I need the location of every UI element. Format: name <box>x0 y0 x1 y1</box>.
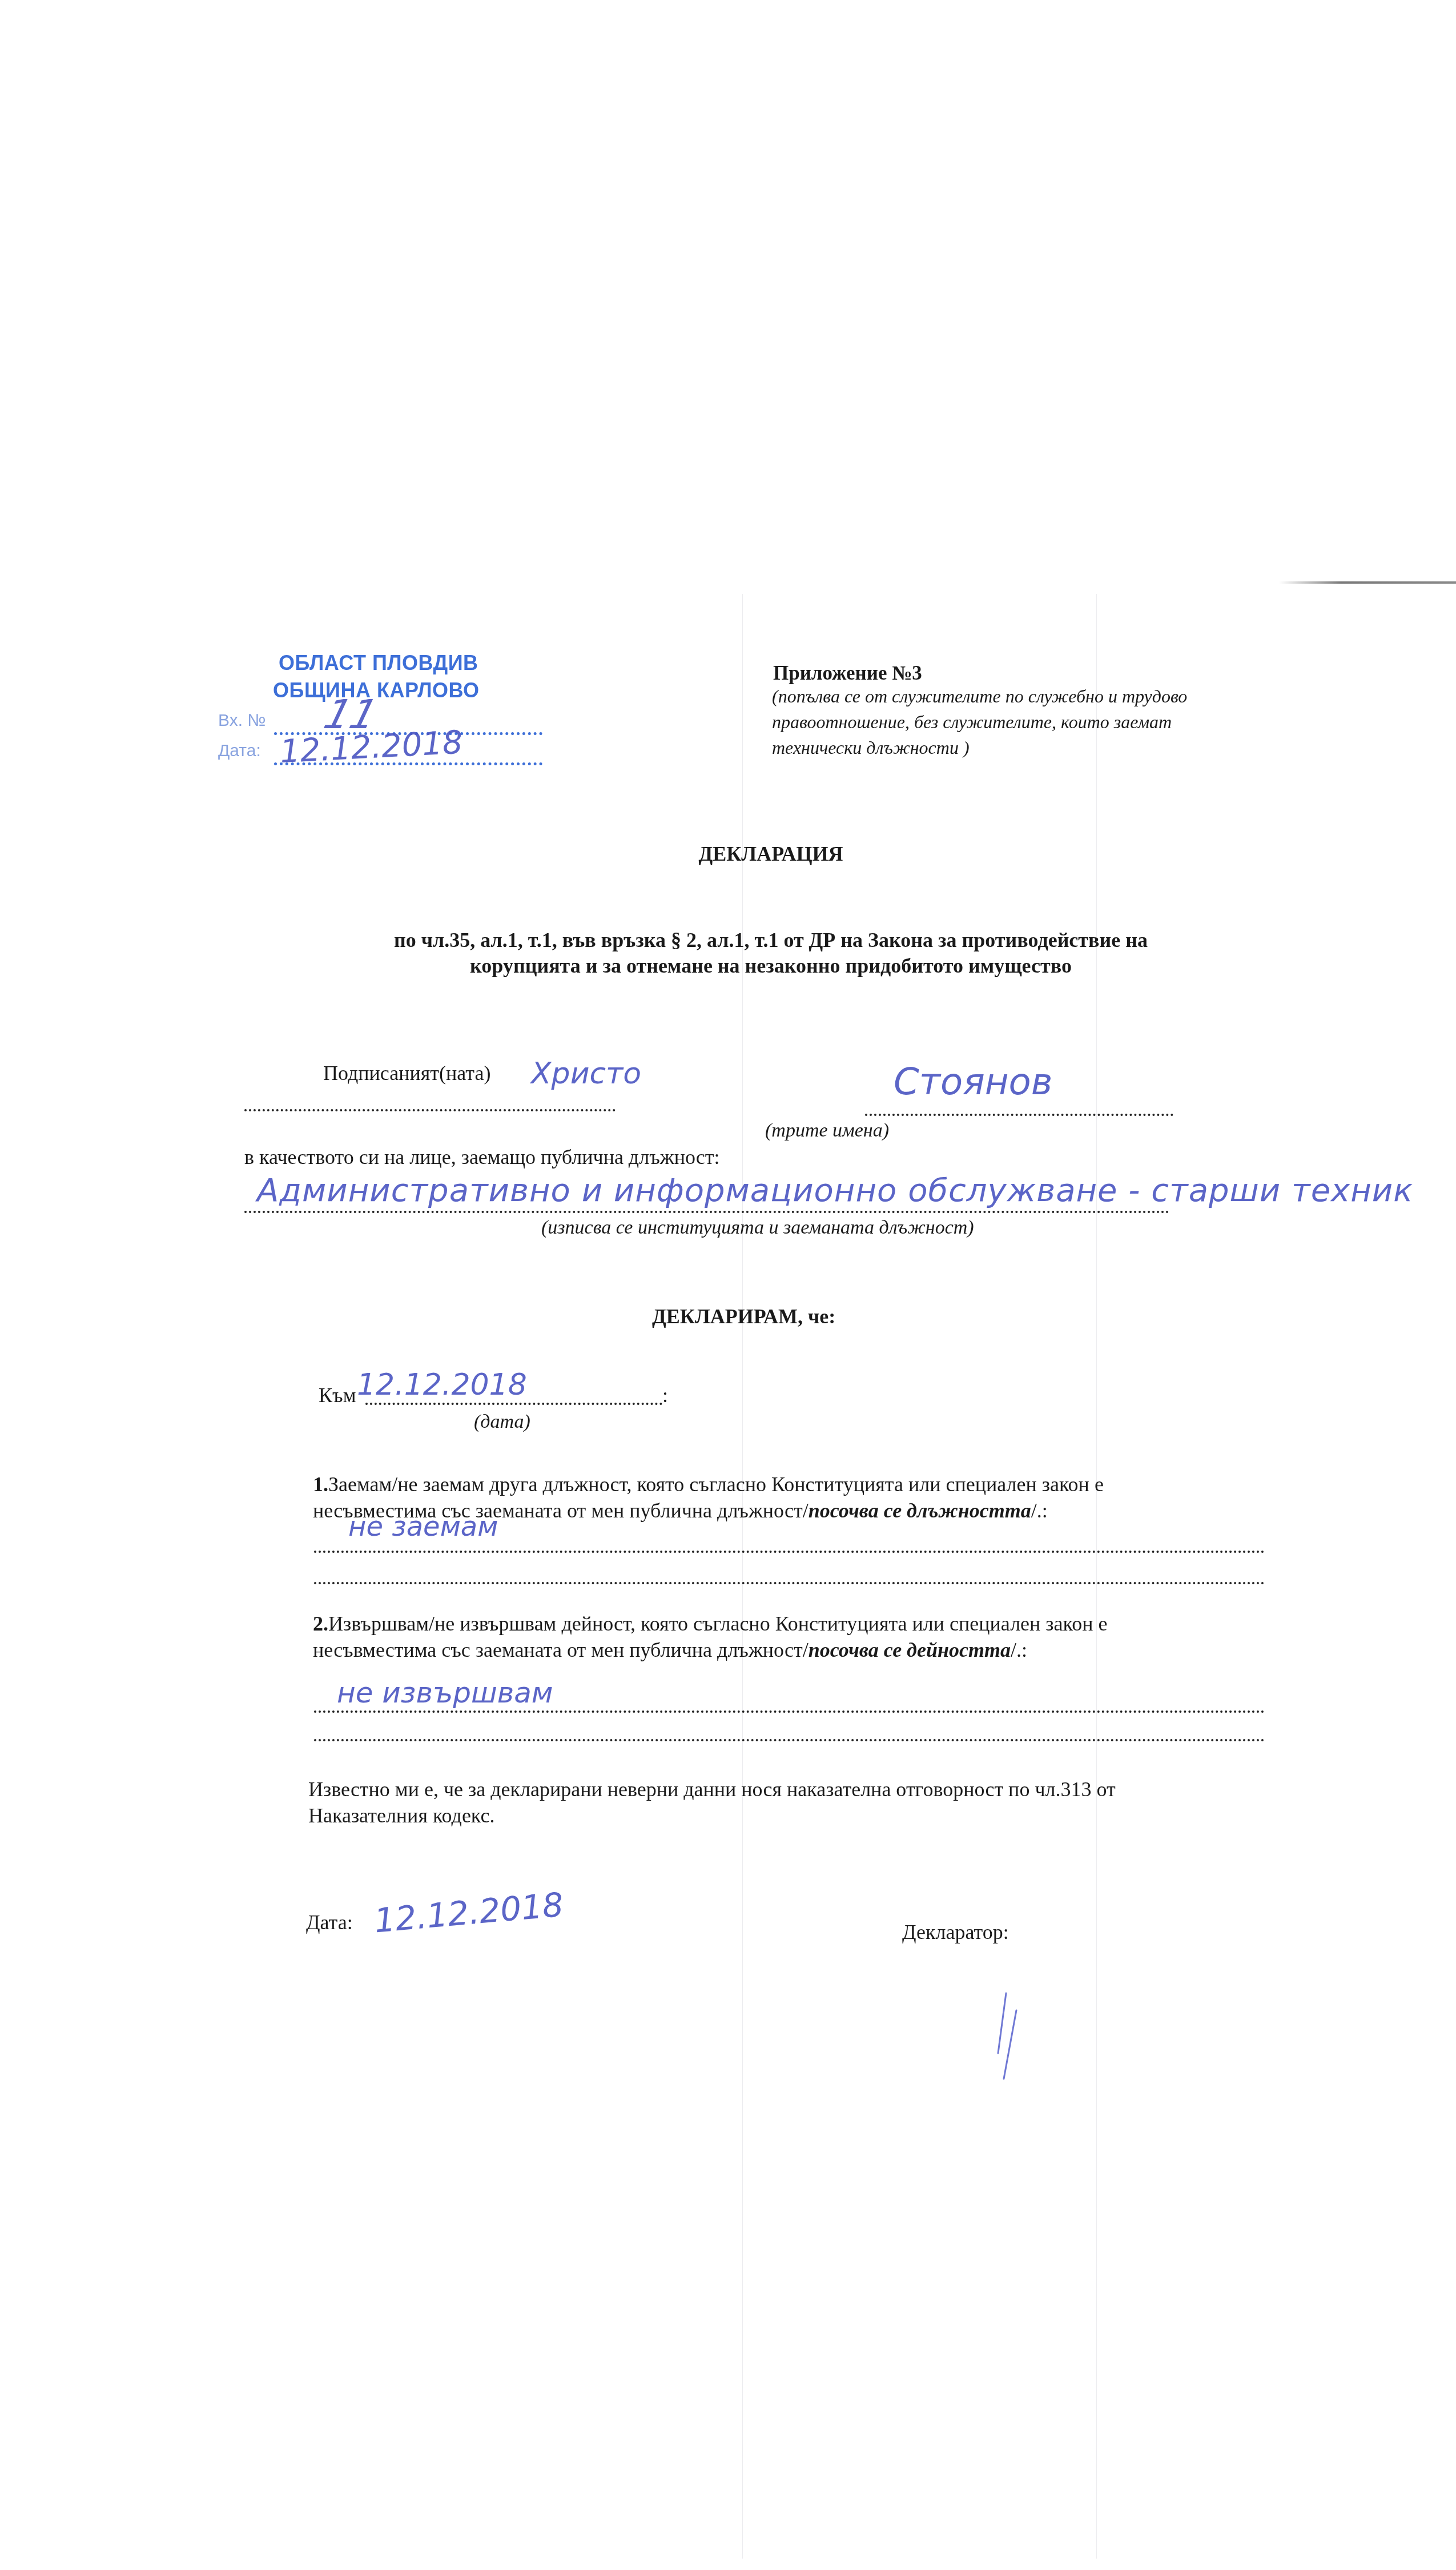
footer-date-value: 12.12.2018 <box>373 1885 565 1941</box>
as-of-line <box>365 1403 662 1405</box>
liability-line2: Наказателния кодекс. <box>308 1804 494 1828</box>
item1-line1: 1.Заемам/не заемам друга длъжност, която… <box>313 1472 1104 1497</box>
appendix-note-line1: (попълва се от служителите по служебно и… <box>772 685 1187 707</box>
last-name-line <box>865 1114 1173 1116</box>
as-of-suffix: : <box>662 1383 668 1408</box>
item2-answer-line1 <box>314 1710 1265 1713</box>
footer-date-label: Дата: <box>306 1910 353 1935</box>
liability-line1: Известно ми е, че за декларирани неверни… <box>308 1777 1116 1802</box>
stamp-region: ОБЛАСТ ПЛОВДИВ <box>279 651 478 675</box>
declarant-label: Декларатор: <box>902 1920 1009 1945</box>
position-hint: (изписва се институцията и заеманата длъ… <box>541 1216 974 1240</box>
as-of-hint: (дата) <box>474 1411 530 1434</box>
last-name-value: Стоянов <box>894 1061 1052 1103</box>
signature-mark <box>994 1987 1039 2085</box>
appendix-note-line3: технически длъжности ) <box>772 737 970 758</box>
as-of-value: 12.12.2018 <box>357 1368 527 1402</box>
scan-line-artifact <box>742 594 743 2559</box>
document-title: ДЕКЛАРАЦИЯ <box>0 842 1456 866</box>
position-value: Административно и информационно обслужва… <box>257 1172 1413 1209</box>
item2-line1: 2.Извършвам/не извършвам дейност, която … <box>313 1612 1107 1636</box>
appendix-note-line2: правоотношение, без служителите, които з… <box>772 711 1172 733</box>
scan-line-artifact <box>1096 594 1097 2559</box>
first-name-value: Христо <box>531 1057 641 1091</box>
names-hint: (трите имена) <box>765 1119 889 1143</box>
first-name-line <box>244 1109 616 1111</box>
signer-label: Подписаният(ната) <box>323 1061 490 1086</box>
stamp-reg-no-label: Вх. № <box>218 711 266 730</box>
scan-edge-artifact <box>1279 581 1456 584</box>
document-subtitle-line1: по чл.35, ал.1, т.1, във връзка § 2, ал.… <box>0 928 1456 953</box>
position-line <box>244 1211 1169 1213</box>
position-label: в качеството си на лице, заемащо публичн… <box>244 1145 720 1170</box>
item2-answer: не извършвам <box>337 1676 553 1709</box>
item1-answer-line2 <box>314 1582 1265 1584</box>
item2-line2: несъвместима със заеманата от мен публич… <box>313 1638 1027 1663</box>
as-of-label: Към <box>319 1383 356 1408</box>
document-subtitle-line2: корупцията и за отнемане на незаконно пр… <box>0 954 1456 978</box>
declare-title: ДЕКЛАРИРАМ, че: <box>652 1304 835 1329</box>
item2-answer-line2 <box>314 1739 1265 1741</box>
item1-answer-line1 <box>314 1551 1265 1553</box>
item1-answer: не заемам <box>348 1511 498 1543</box>
stamp-date-label: Дата: <box>218 741 261 761</box>
appendix-title: Приложение №3 <box>773 661 922 685</box>
